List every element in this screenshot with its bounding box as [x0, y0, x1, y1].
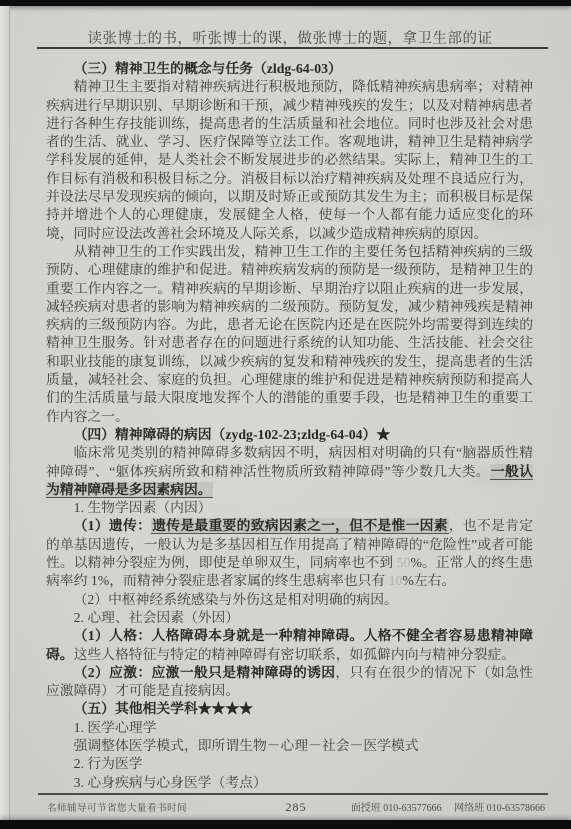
header-rule: [37, 47, 548, 49]
scan-edge-bottom: [0, 820, 571, 829]
section-heading: （五）其他相关学科★★★★: [46, 700, 533, 718]
footer: 名师辅导可节省您大量看书时间 285 面授班 010-63577666 网络班 …: [47, 799, 545, 815]
document-body: （三）精神卫生的概念与任务（zldg-64-03）精神卫生主要指对精神疾病进行积…: [46, 60, 533, 792]
paragraph: 精神卫生主要指对精神疾病进行积极地预防，降低精神疾病患病率；对精神疾病进行早期识…: [46, 78, 533, 243]
paragraph: 2. 心理、社会因素（外因）: [46, 609, 533, 627]
text-run: （1）遗传：: [74, 518, 152, 533]
header-slogan: 读张博士的书，听张博士的课，做张博士的题，拿卫生部的证: [46, 27, 534, 48]
paragraph: 强调整体医学模式，即所谓生物－心理－社会－医学模式: [46, 737, 533, 755]
text-run: （五）其他相关学科★★★★: [74, 701, 253, 716]
footer-contacts: 面授班 010-63577666 网络班 010-63578666: [307, 799, 546, 814]
faint-answer-text: 10: [389, 573, 403, 588]
paragraph: 1. 生物学因素（内因）: [46, 499, 533, 517]
text-run: 2. 行为医学: [74, 756, 143, 771]
scan-edge-left: [0, 6, 10, 820]
section-heading: （四）精神障碍的病因（zydg-102-23;zldg-64-04）★: [46, 426, 533, 444]
contact-online-class: 网络班 010-63578666: [454, 803, 545, 814]
contact-onsite-class: 面授班 010-63577666: [351, 803, 442, 814]
paragraph: 临床常见类别的精神障碍多数病因不明，病因相对明确的只有“脑器质性精神障碍”、“躯…: [46, 444, 533, 499]
text-run: 精神卫生主要指对精神疾病进行积极地预防，降低精神疾病患病率；对精神疾病进行早期识…: [46, 79, 533, 240]
text-run: （2）中枢神经系统感染与外伤这是相对明确的病因。: [74, 592, 398, 607]
paragraph: 1. 医学心理学: [46, 719, 533, 737]
paragraph: 2. 行为医学: [46, 755, 533, 773]
paragraph: 3. 心身疾病与心身医学（考点）: [46, 774, 533, 792]
paragraph: 从精神卫生的工作实践出发，精神卫生工作的主要任务包括精神疾病的三级预防、心理健康…: [46, 243, 533, 426]
text-run: 临床常见类别的精神障碍多数病因不明，病因相对明确的只有“脑器质性精神障碍”、“躯…: [46, 445, 533, 478]
text-run: （三）精神卫生的概念与任务（zldg-64-03）: [74, 61, 342, 76]
text-run: 这些人格特征与特定的精神障碍有密切联系，如孤僻内向与精神分裂症。: [74, 647, 516, 662]
scan-edge-top: [0, 0, 571, 6]
faint-answer-text: 50: [397, 555, 411, 570]
text-run: （2）应激：: [74, 665, 152, 680]
footer-rule: [38, 793, 548, 795]
paragraph: （1）人格：人格障碍本身就是一种精神障碍。人格不健全者容易患精神障碍。这些人格特…: [46, 627, 533, 664]
book-page: 读张博士的书，听张博士的课，做张博士的题，拿卫生部的证 （三）精神卫生的概念与任…: [0, 0, 571, 829]
paragraph: （2）中枢神经系统感染与外伤这是相对明确的病因。: [46, 591, 533, 609]
footer-note: 名师辅导可节省您大量看书时间: [47, 800, 286, 814]
text-run: （1）人格：: [74, 628, 152, 643]
text-run: 1. 生物学因素（内因）: [74, 500, 212, 515]
text-run: 强调整体医学模式，即所谓生物－心理－社会－医学模式: [74, 738, 419, 753]
text-run: %左右。: [402, 573, 455, 588]
page-number: 285: [286, 800, 307, 815]
section-heading: （三）精神卫生的概念与任务（zldg-64-03）: [46, 60, 533, 78]
text-run: 2. 心理、社会因素（外因）: [74, 610, 240, 625]
highlighted-text: 遗传是最重要的致病因素之一，但不是惟一因素: [151, 518, 449, 534]
text-run: 从精神卫生的工作实践出发，精神卫生工作的主要任务包括精神疾病的三级预防、心理健康…: [46, 244, 533, 424]
text-run: 应激一般只是精神障碍的诱因: [152, 665, 336, 680]
paragraph: （2）应激：应激一般只是精神障碍的诱因，只有在很少的情况下（如急性应激障碍）才可…: [46, 664, 533, 701]
paragraph: （1）遗传：遗传是最重要的致病因素之一，但不是惟一因素，也不是肯定的单基因遗传，…: [46, 517, 533, 590]
text-run: 1. 医学心理学: [74, 720, 157, 735]
text-run: 3. 心身疾病与心身医学（考点）: [74, 775, 267, 790]
text-run: （四）精神障碍的病因（zydg-102-23;zldg-64-04）★: [74, 427, 391, 442]
